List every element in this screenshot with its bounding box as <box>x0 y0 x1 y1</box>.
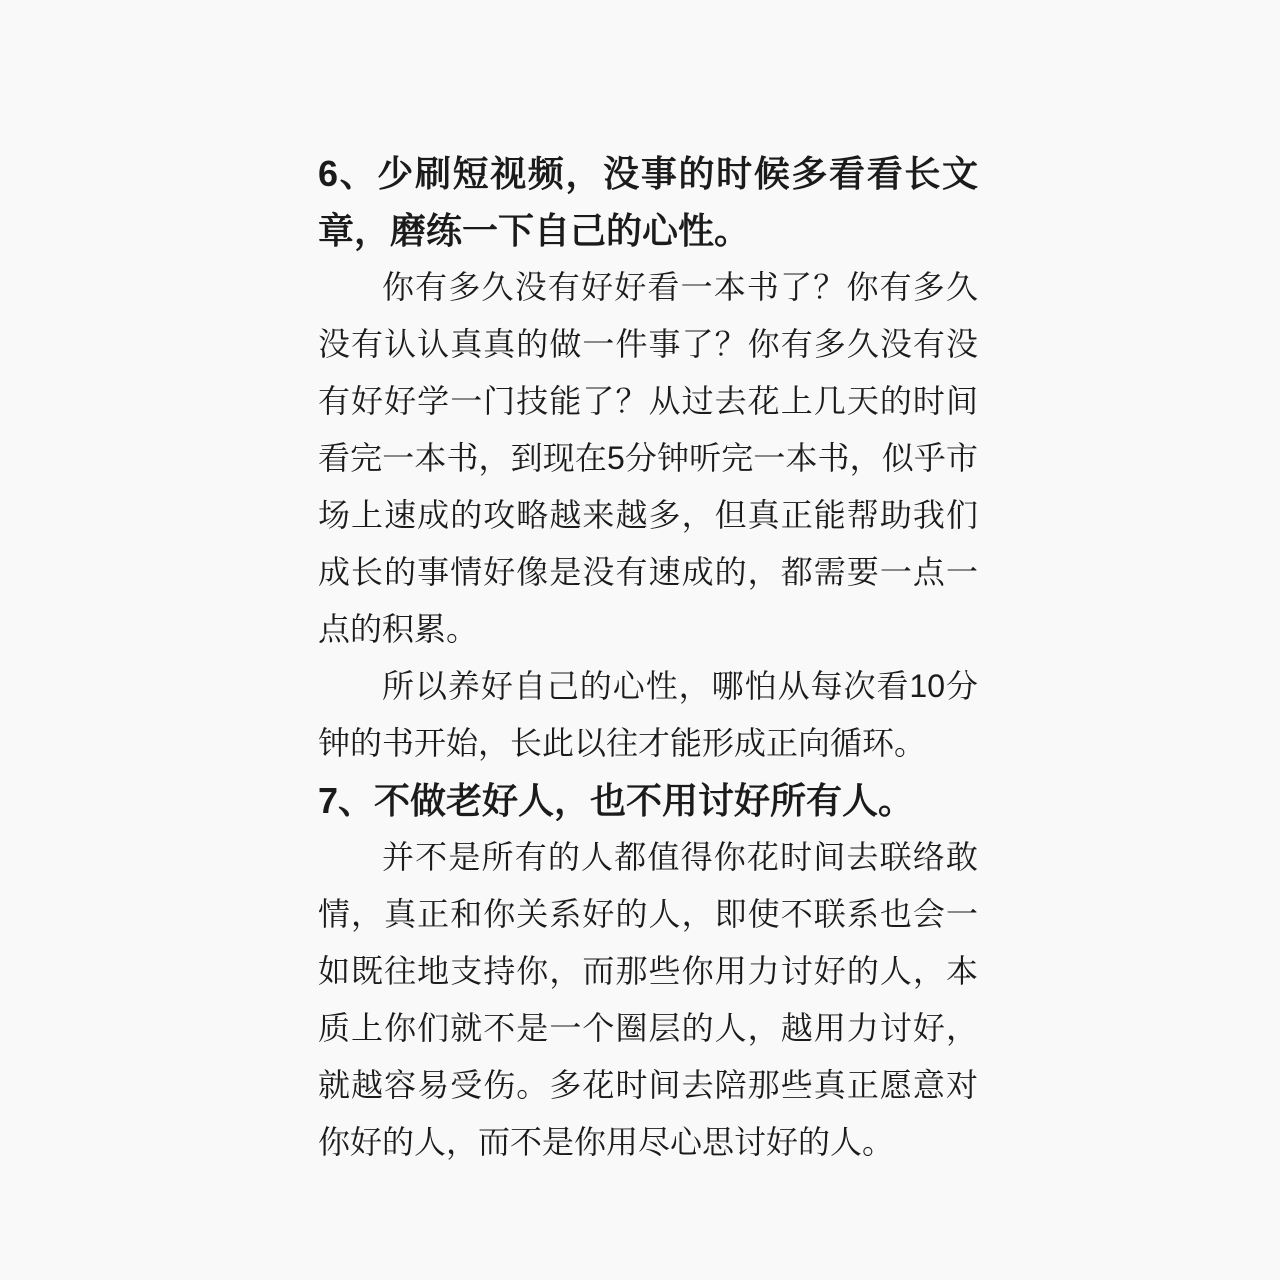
heading-item-6: 6、少刷短视频，没事的时候多看看长文章，磨练一下自己的心性。 <box>318 145 978 259</box>
article-text-block: 6、少刷短视频，没事的时候多看看长文章，磨练一下自己的心性。 你有多久没有好好看… <box>318 145 978 1171</box>
paragraph-item-6-body-1: 你有多久没有好好看一本书了？你有多久没有认认真真的做一件事了？你有多久没有没有好… <box>318 259 978 658</box>
paragraph-item-7-body-1: 并不是所有的人都值得你花时间去联络敢情，真正和你关系好的人，即使不联系也会一如既… <box>318 829 978 1171</box>
paragraph-item-6-body-2: 所以养好自己的心性，哪怕从每次看10分钟的书开始，长此以往才能形成正向循环。 <box>318 658 978 772</box>
page-background: 6、少刷短视频，没事的时候多看看长文章，磨练一下自己的心性。 你有多久没有好好看… <box>0 0 1280 1280</box>
heading-item-7: 7、不做老好人，也不用讨好所有人。 <box>318 772 978 829</box>
